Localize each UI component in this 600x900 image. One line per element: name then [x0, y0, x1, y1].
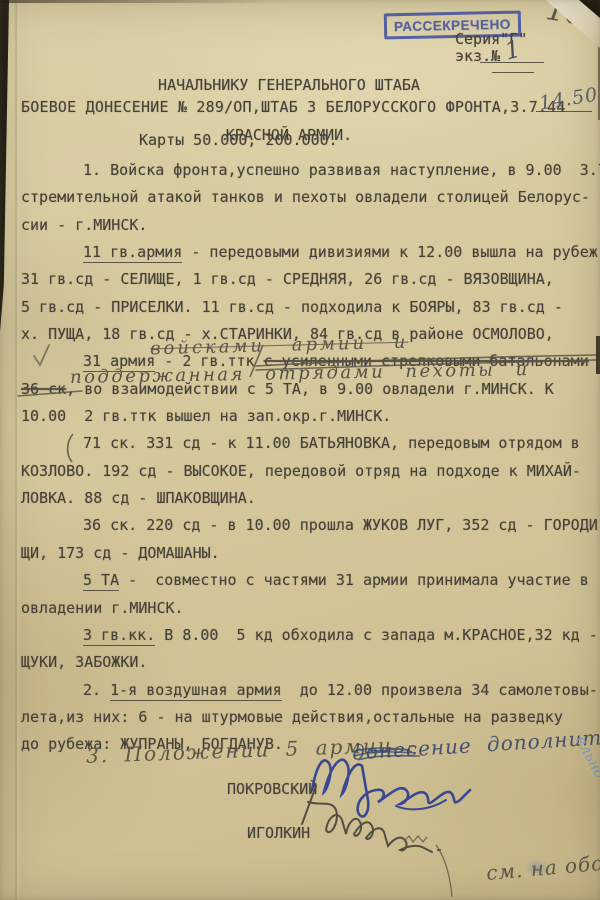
typed-line: 5 ТА - совместно с частями 31 армии прин… [21, 567, 596, 594]
typed-line: ЩУКИ, ЗАБОЖКИ. [21, 649, 596, 676]
signature-ink-1 [312, 760, 470, 817]
paper-crease [14, 0, 20, 900]
typed-line: ЛОВКА. 88 сд - ШПАКОВЩИНА. [21, 485, 596, 512]
report-body: 1. Войска фронта,успешно развивая наступ… [21, 157, 596, 759]
typed-line: ЩИ, 173 сд - ДОМАШАНЫ. [21, 540, 596, 567]
report-title: БОЕВОЕ ДОНЕСЕНИЕ № 289/ОП,ШТАБ 3 БЕЛОРУС… [21, 98, 566, 116]
typed-line: овладении г.МИНСК. [21, 595, 596, 622]
typed-line: 1. Войска фронта,успешно развивая наступ… [21, 157, 596, 184]
typed-line: сии - г.МИНСК. [21, 212, 596, 239]
typed-line: лета,из них: 6 - на штурмовые действия,о… [21, 704, 596, 731]
bottom-note-handwritten: см. на обор. [485, 849, 600, 885]
maps-line: Карты 50.000, 200.000. [139, 131, 338, 149]
typed-line: стремительной атакой танков и пехоты овл… [21, 184, 596, 211]
recipient-line1: НАЧАЛЬНИКУ ГЕНЕРАЛЬНОГО ШТАБА [146, 77, 432, 94]
typed-line: 71 ск. 331 сд - к 11.00 БАТЬЯНОВКА, пере… [21, 430, 596, 457]
typed-line: 31 гв.сд - СЕЛИЩЕ, 1 гв.сд - СРЕДНЯЯ, 26… [21, 266, 596, 293]
typed-line: 36 ск. 220 сд - в 10.00 прошла ЖУКОВ ЛУГ… [21, 512, 596, 539]
typed-line: 5 гв.сд - ПРИСЕЛКИ. 11 гв.сд - подходила… [21, 294, 596, 321]
typed-line: 3 гв.кк. В 8.00 5 кд обходила с запада м… [21, 622, 596, 649]
typed-line: 10.00 2 гв.ттк вышел на зап.окр.г.МИНСК. [21, 403, 596, 430]
typed-line: КОЗЛОВО. 192 сд - ВЫСОКОЕ, передовой отр… [21, 458, 596, 485]
document-page: РАССЕКРЕЧЕНО 16 Серия"Г" экз.№ 1 НАЧАЛЬН… [0, 0, 600, 900]
signature-typed-name-1: ПОКРОВСКИЙ [227, 780, 317, 798]
typed-line: 11 гв.армия - передовыми дивизиями к 12.… [21, 239, 596, 266]
scanned-document: РАССЕКРЕЧЕНО 16 Серия"Г" экз.№ 1 НАЧАЛЬН… [0, 0, 600, 900]
typed-line: 2. 1-я воздушная армия до 12.00 произвел… [21, 677, 596, 704]
stray-pencil-line [404, 836, 452, 897]
scan-edge-left [0, 0, 9, 332]
signature-typed-name-2: ИГОЛКИН [247, 824, 310, 842]
scan-edge-top [0, 0, 276, 3]
signature-ink-2 [302, 786, 440, 852]
scan-edge-right [596, 336, 600, 374]
